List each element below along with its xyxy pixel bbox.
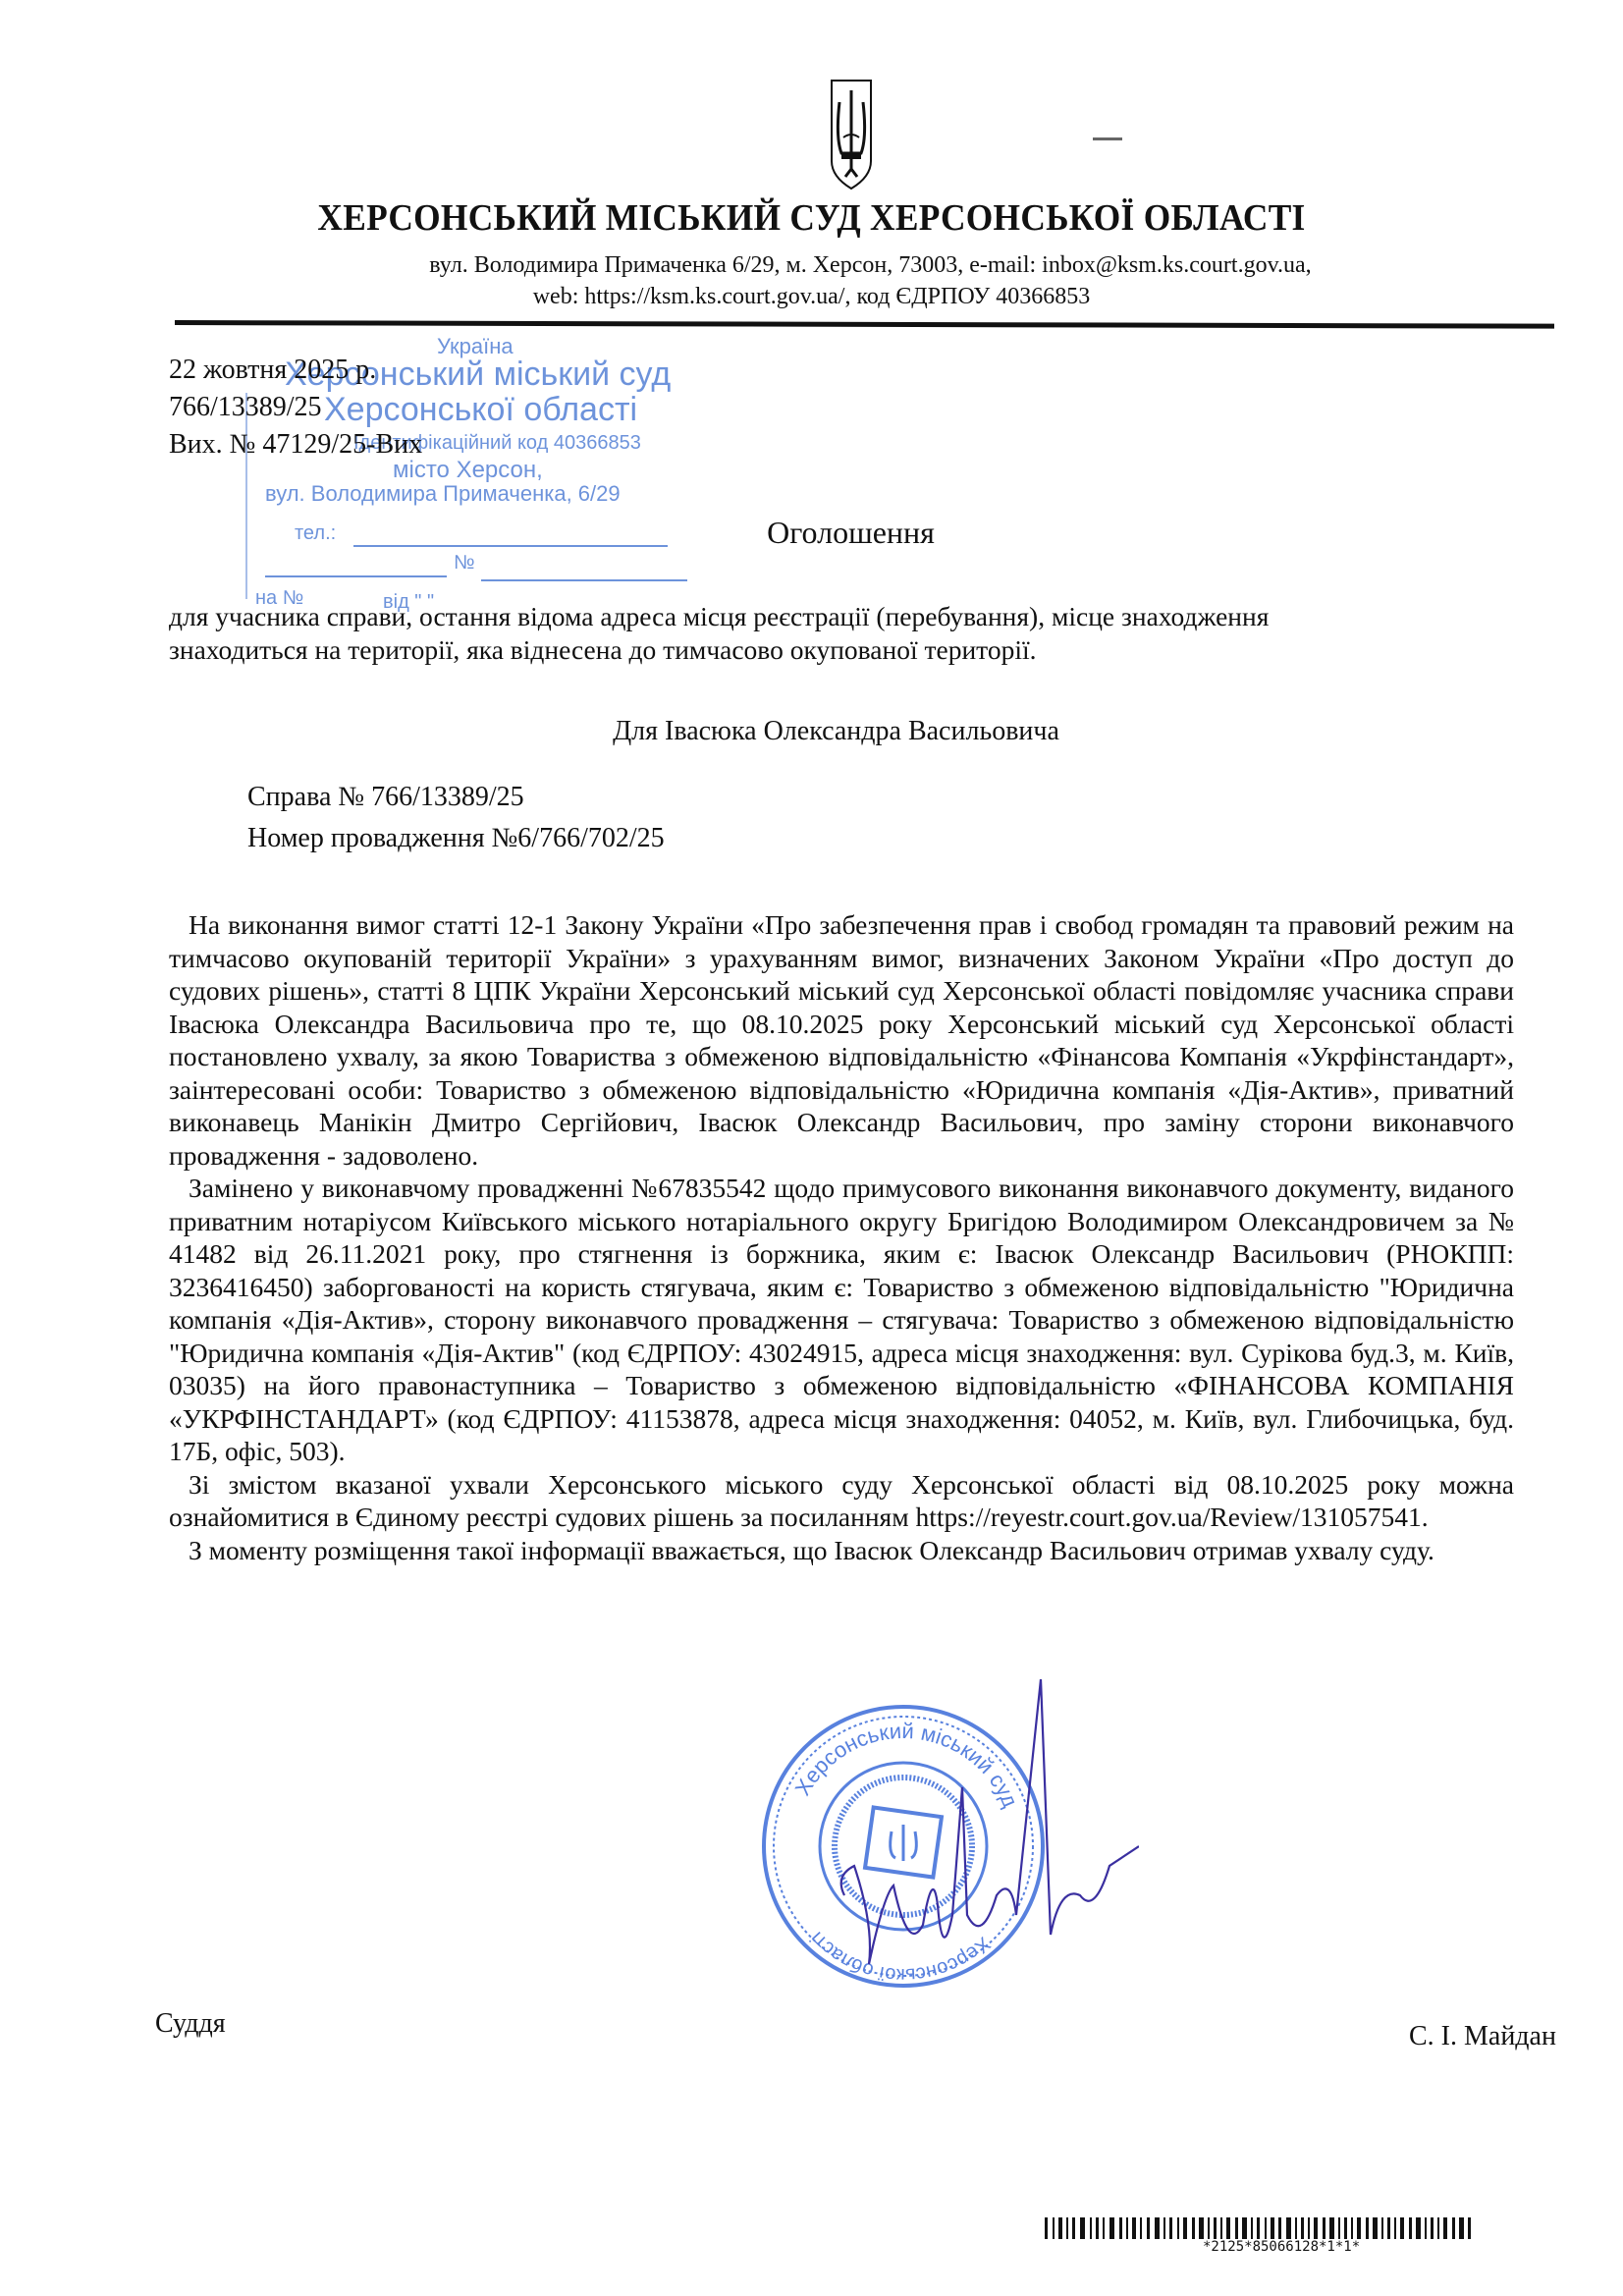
court-address: вул. Володимира Примаченка 6/29, м. Херс…	[59, 252, 1623, 279]
body-paragraph-1: На виконання вимог статті 12-1 Закону Ук…	[169, 908, 1514, 1172]
document-date: 22 жовтня 2025 р.	[169, 352, 376, 389]
trident-coat-of-arms-icon	[830, 79, 873, 191]
stamp-no-label: №	[454, 552, 474, 574]
court-name: ХЕРСОНСЬКИЙ МІСЬКИЙ СУД ХЕРСОНСЬКОЇ ОБЛА…	[57, 196, 1566, 240]
announcement-body: На виконання вимог статті 12-1 Закону Ук…	[169, 908, 1514, 1566]
header-divider	[175, 320, 1554, 329]
case-number: Справа № 766/13389/25	[247, 782, 524, 813]
intro-text: для учасника справи, остання відома адре…	[169, 600, 1411, 667]
proceeding-number: Номер провадження №6/766/702/25	[247, 823, 665, 854]
addressee: Для Івасюка Олександра Васильовича	[0, 716, 1623, 747]
stamp-line: Херсонської області	[324, 391, 637, 429]
barcode-text: *2125*85066128*1*1*	[1203, 2239, 1360, 2255]
judge-name: С. І. Майдан	[1409, 2021, 1556, 2052]
scan-smudge	[1093, 137, 1122, 140]
stamp-line: вул. Володимира Примаченка, 6/29	[265, 481, 621, 507]
body-paragraph-2: Замінено у виконавчому провадженні №6783…	[169, 1172, 1514, 1468]
judge-signature	[815, 1669, 1139, 1994]
court-web-code: web: https://ksm.ks.court.gov.ua/, код Є…	[0, 284, 1623, 310]
body-paragraph-4: З моменту розміщення такої інформації вв…	[169, 1534, 1514, 1567]
outgoing-number: Вих. № 47129/25-Вих	[169, 426, 422, 464]
barcode	[1041, 2217, 1473, 2239]
document-title: Оголошення	[0, 515, 1623, 551]
case-reference: 766/13389/25	[169, 389, 322, 426]
body-paragraph-3: Зі змістом вказаної ухвали Херсонського …	[169, 1468, 1514, 1534]
judge-role: Суддя	[155, 2008, 226, 2040]
